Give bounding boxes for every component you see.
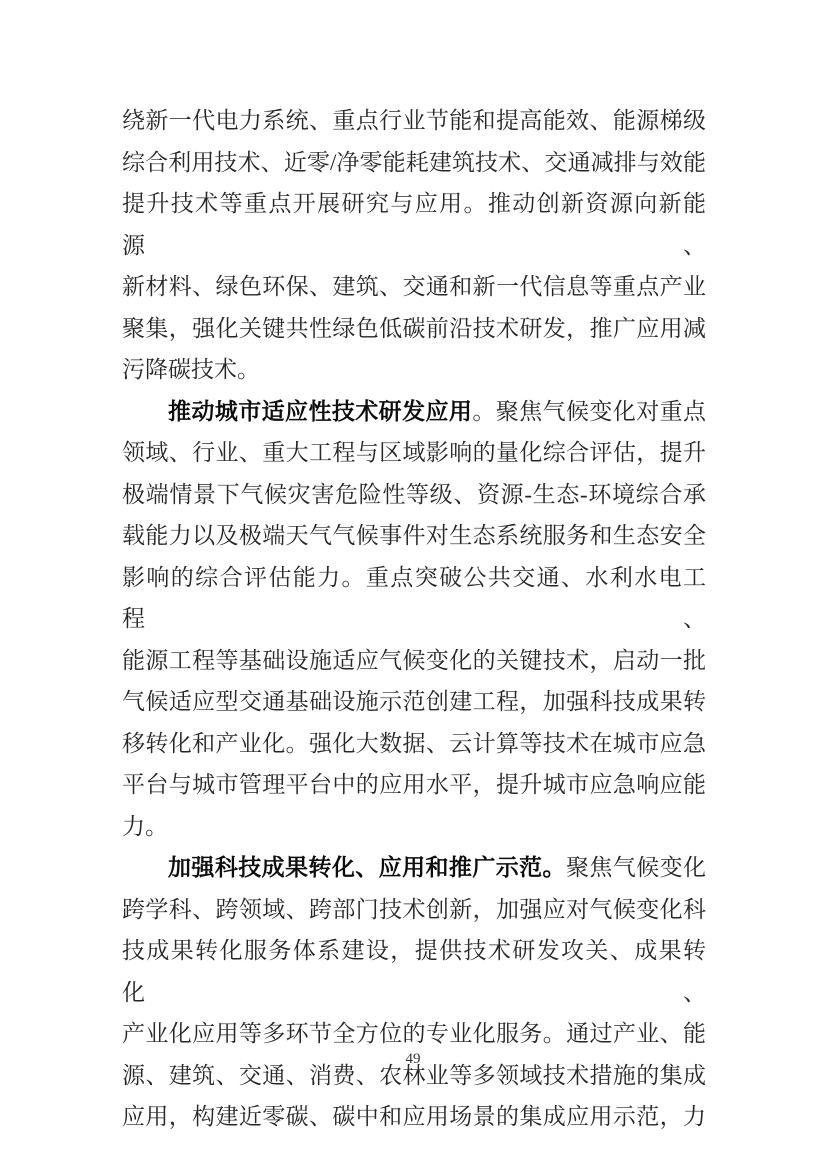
body-line: 聚集，强化关键共性绿色低碳前沿技术研发，推广应用减 — [122, 308, 706, 350]
paragraph-tech-transfer: 加强科技成果转化、应用和推广示范。聚焦气候变化 跨学科、跨领域、跨部门技术创新，… — [122, 847, 706, 1138]
body-line: 移转化和产业化。强化大数据、云计算等技术在城市应急 — [122, 723, 706, 765]
body-line: 影响的综合评估能力。重点突破公共交通、水利水电工程、 — [122, 557, 706, 640]
body-line: 载能力以及极端天气气候事件对生态系统服务和生态安全 — [122, 515, 706, 557]
body-line: 跨学科、跨领域、跨部门技术创新，加强应对气候变化科 — [122, 889, 706, 931]
section-heading: 推动城市适应性技术研发应用 — [168, 399, 472, 424]
body-line: 产业化应用等多环节全方位的专业化服务。通过产业、能 — [122, 1013, 706, 1055]
paragraph-city-adaptation: 推动城市适应性技术研发应用。聚焦气候变化对重点 领域、行业、重大工程与区域影响的… — [122, 391, 706, 848]
body-line: 气候适应型交通基础设施示范创建工程，加强科技成果转 — [122, 681, 706, 723]
body-line: 应用，构建近零碳、碳中和应用场景的集成应用示范，力 — [122, 1096, 706, 1138]
body-line: 能源工程等基础设施适应气候变化的关键技术，启动一批 — [122, 640, 706, 682]
body-line: 力。 — [122, 806, 706, 848]
body-line: 加强科技成果转化、应用和推广示范。聚焦气候变化 — [122, 847, 706, 889]
body-line: 领域、行业、重大工程与区域影响的量化综合评估，提升 — [122, 432, 706, 474]
body-text: 聚焦气候变化 — [566, 855, 706, 880]
body-line: 新材料、绿色环保、建筑、交通和新一代信息等重点产业 — [122, 266, 706, 308]
paragraph-continued: 绕新一代电力系统、重点行业节能和提高能效、能源梯级 综合利用技术、近零/净零能耗… — [122, 100, 706, 391]
body-line: 污降碳技术。 — [122, 349, 706, 391]
body-line: 推动城市适应性技术研发应用。聚焦气候变化对重点 — [122, 391, 706, 433]
section-heading: 加强科技成果转化、应用和推广示范。 — [168, 855, 566, 880]
body-text: 聚焦气候变化对重点 — [496, 399, 706, 424]
body-line: 技成果转化服务体系建设，提供技术研发攻关、成果转化、 — [122, 930, 706, 1013]
body-line: 绕新一代电力系统、重点行业节能和提高能效、能源梯级 — [122, 100, 706, 142]
document-page: 绕新一代电力系统、重点行业节能和提高能效、能源梯级 综合利用技术、近零/净零能耗… — [0, 0, 826, 1169]
page-number: 49 — [0, 1051, 826, 1068]
text-block: 绕新一代电力系统、重点行业节能和提高能效、能源梯级 综合利用技术、近零/净零能耗… — [122, 100, 706, 1138]
body-line: 提升技术等重点开展研究与应用。推动创新资源向新能源、 — [122, 183, 706, 266]
body-line: 平台与城市管理平台中的应用水平，提升城市应急响应能 — [122, 764, 706, 806]
body-line: 综合利用技术、近零/净零能耗建筑技术、交通减排与效能 — [122, 142, 706, 184]
body-line: 极端情景下气候灾害危险性等级、资源-生态-环境综合承 — [122, 474, 706, 516]
heading-period: 。 — [472, 399, 495, 424]
